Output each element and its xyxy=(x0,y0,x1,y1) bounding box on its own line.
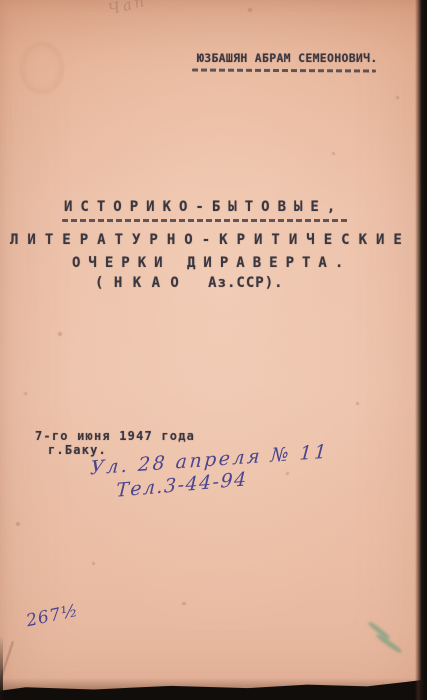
foxing-spot xyxy=(332,152,335,155)
scan-left-edge-sliver xyxy=(0,636,3,700)
scanned-title-page: Чап ЮЗБАШЯН АБРАМ СЕМЕОНОВИЧ. ИСТОРИКО-Б… xyxy=(0,0,427,700)
foxing-spot xyxy=(356,402,359,405)
title-line-2: ЛИТЕРАТУРНО-КРИТИЧЕСКИЕ xyxy=(10,232,411,248)
foxing-spot xyxy=(24,392,27,395)
paper-sheet: Чап ЮЗБАШЯН АБРАМ СЕМЕОНОВИЧ. ИСТОРИКО-Б… xyxy=(0,0,427,700)
foxing-spot xyxy=(16,522,20,526)
title-line-1: ИСТОРИКО-БЫТОВЫЕ, xyxy=(64,199,343,215)
title-line-3: ОЧЕРКИ ДИРАВЕРТА. xyxy=(72,255,351,271)
title-line-4-region: ( Н К А О Аз.ССР). xyxy=(95,275,284,291)
owner-name-underline xyxy=(192,69,376,73)
faint-pencil-note: Чап xyxy=(106,0,148,18)
scan-right-edge xyxy=(415,0,427,700)
imprint-place: г.Баку. xyxy=(48,443,107,457)
foxing-spot xyxy=(396,96,399,99)
foxing-spot xyxy=(286,472,289,475)
imprint-date: 7-го июня 1947 года xyxy=(35,429,195,443)
foxing-spot xyxy=(248,8,252,12)
foxing-spot xyxy=(58,332,62,336)
handwritten-inventory-number: 267½ xyxy=(24,601,80,632)
foxing-spot xyxy=(182,602,186,605)
title-underline xyxy=(62,219,349,222)
paper-stain-ring xyxy=(20,42,64,94)
owner-name-stamp: ЮЗБАШЯН АБРАМ СЕМЕОНОВИЧ. xyxy=(197,51,378,65)
foxing-spot xyxy=(92,562,95,565)
